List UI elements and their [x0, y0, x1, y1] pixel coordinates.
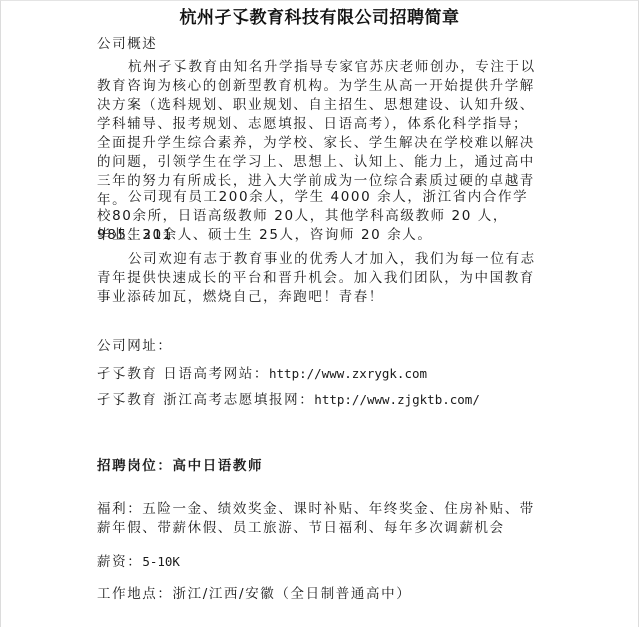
- salary-label: 薪资：: [97, 554, 142, 570]
- websites-heading: 公司网址：: [97, 337, 543, 356]
- website-label: 孑孓教育 日语高考网站：: [97, 366, 269, 382]
- website-item: 孑孓教育 浙江高考志愿填报网：http://www.zjgktb.com/: [97, 390, 543, 410]
- website-link[interactable]: http://www.zjgktb.com/: [314, 392, 480, 407]
- website-link[interactable]: http://www.zxrygk.com: [269, 366, 427, 381]
- job-position: 招聘岗位：高中日语教师: [97, 457, 543, 476]
- salary-value: 5-10K: [142, 554, 180, 569]
- overview-paragraph-3: 公司欢迎有志于教育事业的优秀人才加入，我们为每一位有志青年提供快速成长的平台和晋…: [97, 250, 543, 307]
- document-title: 杭州孑孓教育科技有限公司招聘简章: [0, 3, 639, 28]
- job-salary: 薪资：5-10K: [97, 552, 543, 572]
- overview-heading: 公司概述: [97, 35, 543, 54]
- job-location: 工作地点：浙江/江西/安徽（全日制普通高中）: [97, 585, 543, 604]
- website-item: 孑孓教育 日语高考网站：http://www.zxrygk.com: [97, 364, 543, 384]
- overview-paragraph-2-cont: 毕业生30余人、硕士生 25人，咨询师 20 余人。: [97, 226, 543, 245]
- job-benefits: 福利：五险一金、绩效奖金、课时补贴、年终奖金、住房补贴、带薪年假、带薪休假、员工…: [97, 500, 543, 538]
- website-label: 孑孓教育 浙江高考志愿填报网：: [97, 392, 314, 408]
